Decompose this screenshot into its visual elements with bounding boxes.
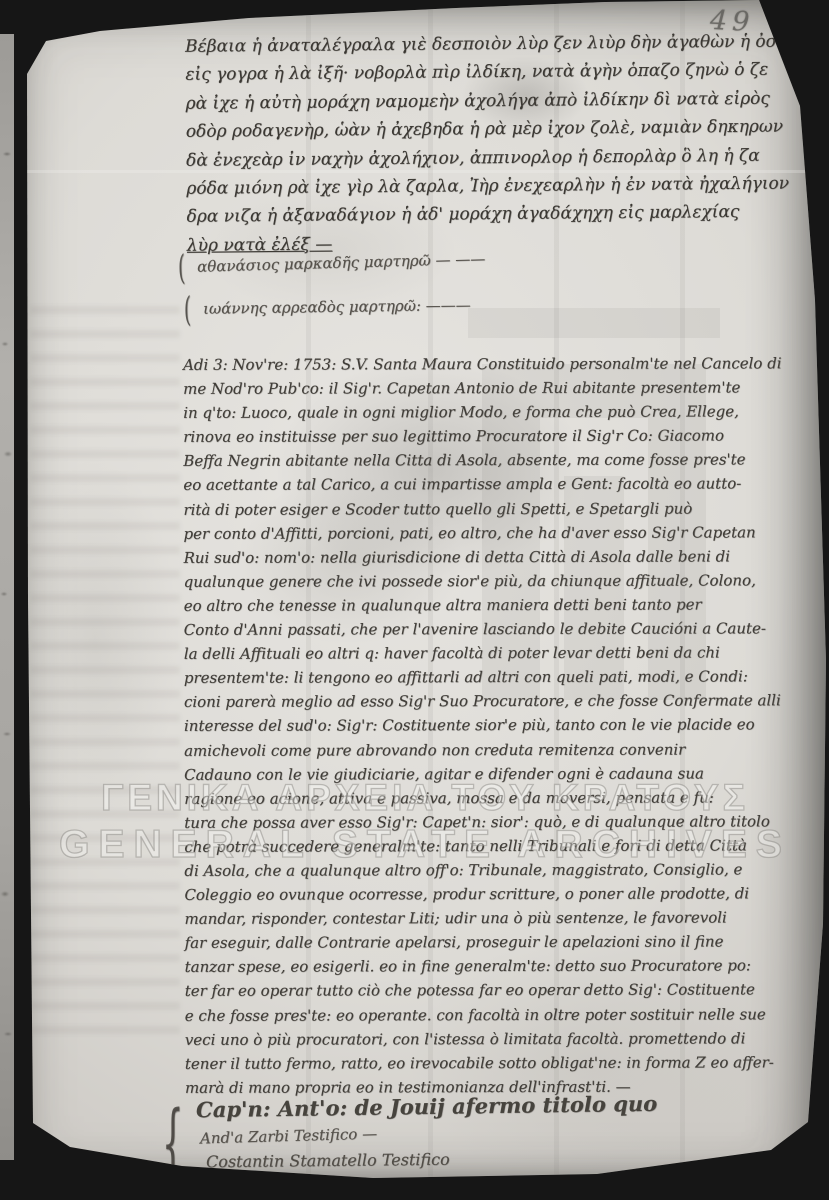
brace-mark: (	[178, 249, 186, 289]
signature-witness: Costantin Stamatello Testifico	[206, 1150, 450, 1172]
signature-witness: And'a Zarbi Testifico —	[200, 1125, 378, 1148]
act-line: far eseguir, dalle Contrarie apelarsi, p…	[185, 929, 829, 955]
signatures-brace-mark: {	[162, 1094, 184, 1196]
act-line: tanzar spese, eo esigerli. eo in fine ge…	[185, 953, 829, 979]
act-line: tura che possa aver esso Sig'r: Capet'n:…	[184, 809, 829, 835]
act-line: presentem'te: li tengono eo affittarli a…	[184, 664, 829, 690]
act-line: di Asola, che a qualunque altro off'o: T…	[184, 857, 829, 883]
act-line: veci uno ò più procuratori, con l'istess…	[185, 1026, 829, 1052]
act-line: rità di poter esiger e Scoder tutto quel…	[183, 496, 829, 522]
act-line: Adi 3: Nov're: 1753: S.V. Santa Maura Co…	[183, 351, 829, 377]
witness-text: ιωάννης αρρεαδὸς μαρτηρῶ: ———	[203, 296, 471, 318]
act-line: rinova eo instituisse per suo legittimo …	[183, 423, 829, 449]
witness-text: αθανάσιος μαρκαδῆς μαρτηρῶ — ——	[197, 250, 486, 276]
act-line: eo acettante a tal Carico, a cui imparti…	[183, 472, 829, 498]
act-line: che potrà succedere generalm'te: tanto n…	[184, 833, 829, 859]
signature-constituent: Cap'n: Ant'o: de Jouij afermo titolo quo	[196, 1091, 658, 1122]
notarial-act-block: Adi 3: Nov're: 1753: S.V. Santa Maura Co…	[183, 351, 829, 1100]
facing-page-edge	[0, 34, 14, 1160]
act-line: Coleggio eo ovunque ocorresse, produr sc…	[184, 881, 829, 907]
ink-bleedthrough	[30, 290, 180, 1050]
witness-signature-greek: (ιωάννης αρρεαδὸς μαρτηρῶ: ———	[184, 294, 471, 319]
act-line: interesse del sud'o: Sig'r: Costituente …	[184, 713, 829, 739]
brace-mark: (	[184, 290, 192, 330]
act-line: ragione eo acione, attiva e passiva, mos…	[184, 785, 829, 811]
act-line: e che fosse pres'te: eo operante. con fa…	[185, 1002, 829, 1028]
act-line: qualunque genere che ivi possede sior'e …	[184, 568, 829, 594]
act-line: Rui sud'o: nom'o: nella giurisdicione di…	[184, 544, 829, 570]
act-line: cioni parerà meglio ad esso Sig'r Suo Pr…	[184, 688, 829, 714]
act-line: Beffa Negrin abitante nella Citta di Aso…	[183, 448, 829, 474]
act-line: mandar, risponder, contestar Liti; udir …	[184, 905, 829, 931]
act-line: tener il tutto fermo, ratto, eo irevocab…	[185, 1050, 829, 1076]
manuscript-page: 49 Βέβαια ἡ ἀναταλέγραλα γιὲ δεσποιὸν λὺ…	[0, 0, 829, 1200]
act-line: Conto d'Anni passati, che per l'avenire …	[184, 616, 829, 642]
manuscript-scan: 49 Βέβαια ἡ ἀναταλέγραλα γιὲ δεσποιὸν λὺ…	[0, 0, 829, 1200]
act-line: amichevoli come pure abrovando non credu…	[184, 737, 829, 763]
act-line: la delli Affituali eo altri q: haver fac…	[184, 640, 829, 666]
act-line: in q'to: Luoco, quale in ogni miglior Mo…	[183, 399, 829, 425]
act-line: ter far eo operar tutto ciò che potessa …	[185, 978, 829, 1004]
act-line: per conto d'Affitti, porcioni, pati, eo …	[183, 520, 829, 546]
act-line: me Nod'ro Pub'co: il Sig'r. Capetan Anto…	[183, 375, 829, 401]
greek-note-line: δρα νιζα ἡ ἀξαναδάγιον ἡ ἀδ' μοράχη ἀγαδ…	[187, 198, 823, 232]
act-line: Cadauno con le vie giudiciarie, agitar e…	[184, 761, 829, 787]
greek-note-block: Βέβαια ἡ ἀναταλέγραλα γιὲ δεσποιὸν λὺρ ζ…	[185, 27, 823, 260]
act-line: eo altro che tenesse in qualunque altra …	[184, 592, 829, 618]
